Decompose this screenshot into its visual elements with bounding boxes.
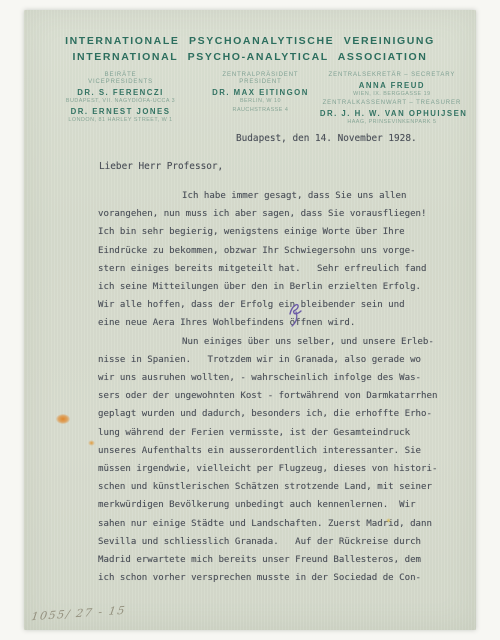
role-label: ZENTRALPRÄSIDENT <box>201 72 320 79</box>
officer-name: DR. J. H. W. VAN OPHUIJSEN <box>320 109 464 118</box>
letterhead-officers: BEIRÄTE VICEPRESIDENTS DR. S. FERENCZI B… <box>40 72 464 128</box>
letter-line: Sevilla und schliesslich Granada. Auf de… <box>98 533 454 551</box>
letter-line: Nun einiges über uns selber, und unsere … <box>98 333 454 351</box>
letter-line: schen und künstlerischen Schätzen strotz… <box>98 478 454 496</box>
role-label: PRESIDENT <box>201 79 320 86</box>
letter-line: wir uns ausruhen wollten, - wahrscheinli… <box>98 369 454 387</box>
letter-line: ich schon vorher versprechen musste in d… <box>98 569 454 587</box>
letter-line: geplagt wurden und dadurch, besonders ic… <box>98 405 454 423</box>
letter-line: stern einiges bereits mitgeteilt hat. Se… <box>98 260 454 278</box>
stain <box>56 414 70 424</box>
letter-line: ich seine Mitteilungen über den in Berli… <box>98 278 454 296</box>
officer-address: BUDAPEST, VII. NAGYDIÓFA-UCCA 3 <box>40 98 201 104</box>
letter-line: Ich bin sehr begierig, wenigstens einige… <box>98 223 454 241</box>
officer-address: WIEN, IX. BERGGASSE 19 <box>320 91 464 97</box>
letter-line: merkwürdigen Bevölkerung unbedingt auch … <box>98 496 454 514</box>
letter-line: eine neue Aera Ihres Wohlbefindens öffne… <box>98 314 454 332</box>
officer-column-president: ZENTRALPRÄSIDENT PRESIDENT DR. MAX EITIN… <box>201 72 320 128</box>
officer-column-secretary-treasurer: ZENTRALSEKRETÄR – SECRETARY ANNA FREUD W… <box>320 72 464 128</box>
letter-line: sers oder der ungewohnten Kost - fortwäh… <box>98 387 454 405</box>
letter-line: nisse in Spanien. Trotzdem wir in Granad… <box>98 351 454 369</box>
officer-address: LONDON, 81 HARLEY STREET, W 1 <box>40 117 201 123</box>
officer-address: BERLIN, W 10 <box>201 98 320 104</box>
role-label: ZENTRALSEKRETÄR – SECRETARY <box>320 72 464 79</box>
dateline: Budapest, den 14. November 1928. <box>236 133 417 144</box>
letter-line: lung während der Ferien vermisste, ist d… <box>98 424 454 442</box>
letter-line: Eindrücke zu bekommen, obzwar Ihr Schwie… <box>98 242 454 260</box>
archive-number: 1055/ 27 - 15 <box>30 604 126 623</box>
salutation: Lieber Herr Professor, <box>99 161 223 172</box>
role-label: VICEPRESIDENTS <box>40 79 201 86</box>
officer-column-vicepresidents: BEIRÄTE VICEPRESIDENTS DR. S. FERENCZI B… <box>40 72 201 128</box>
letter-line: Wir alle hoffen, dass der Erfolg ein ble… <box>98 296 454 314</box>
letter-line: müssen irgendwie, vielleicht per Flugzeu… <box>98 460 454 478</box>
letter-body: Ich habe immer gesagt, dass Sie uns alle… <box>98 187 454 587</box>
officer-name: DR. S. FERENCZI <box>40 88 201 97</box>
scanned-letter: INTERNATIONALE PSYCHOANALYTISCHE VEREINI… <box>0 0 500 640</box>
handwritten-insertion-mark <box>282 298 312 328</box>
letterhead-title-english: INTERNATIONAL PSYCHO-ANALYTICAL ASSOCIAT… <box>24 51 476 63</box>
officer-name: DR. ERNEST JONES <box>40 107 201 116</box>
letter-line: Madrid erwartete mich bereits unser Freu… <box>98 551 454 569</box>
letter-line: unseres Aufenthalts ein ausserordentlich… <box>98 442 454 460</box>
letter-line: vorangehen, nun muss ich aber sagen, das… <box>98 205 454 223</box>
letter-line: sahen nur einige Städte und Landschaften… <box>98 515 454 533</box>
officer-address: RAUCHSTRASSE 4 <box>201 107 320 113</box>
officer-address: HAAG, PRINSEVINKENPARK 5 <box>320 119 464 125</box>
letter-line: Ich habe immer gesagt, dass Sie uns alle… <box>98 187 454 205</box>
letterhead-title-german: INTERNATIONALE PSYCHOANALYTISCHE VEREINI… <box>24 35 476 47</box>
stain <box>88 440 95 446</box>
role-label: BEIRÄTE <box>40 72 201 79</box>
officer-name: DR. MAX EITINGON <box>201 88 320 97</box>
letter-paper: INTERNATIONALE PSYCHOANALYTISCHE VEREINI… <box>24 10 476 630</box>
stain <box>386 518 391 523</box>
role-label: ZENTRALKASSENWART – TREASURER <box>320 100 464 107</box>
officer-name: ANNA FREUD <box>320 81 464 90</box>
